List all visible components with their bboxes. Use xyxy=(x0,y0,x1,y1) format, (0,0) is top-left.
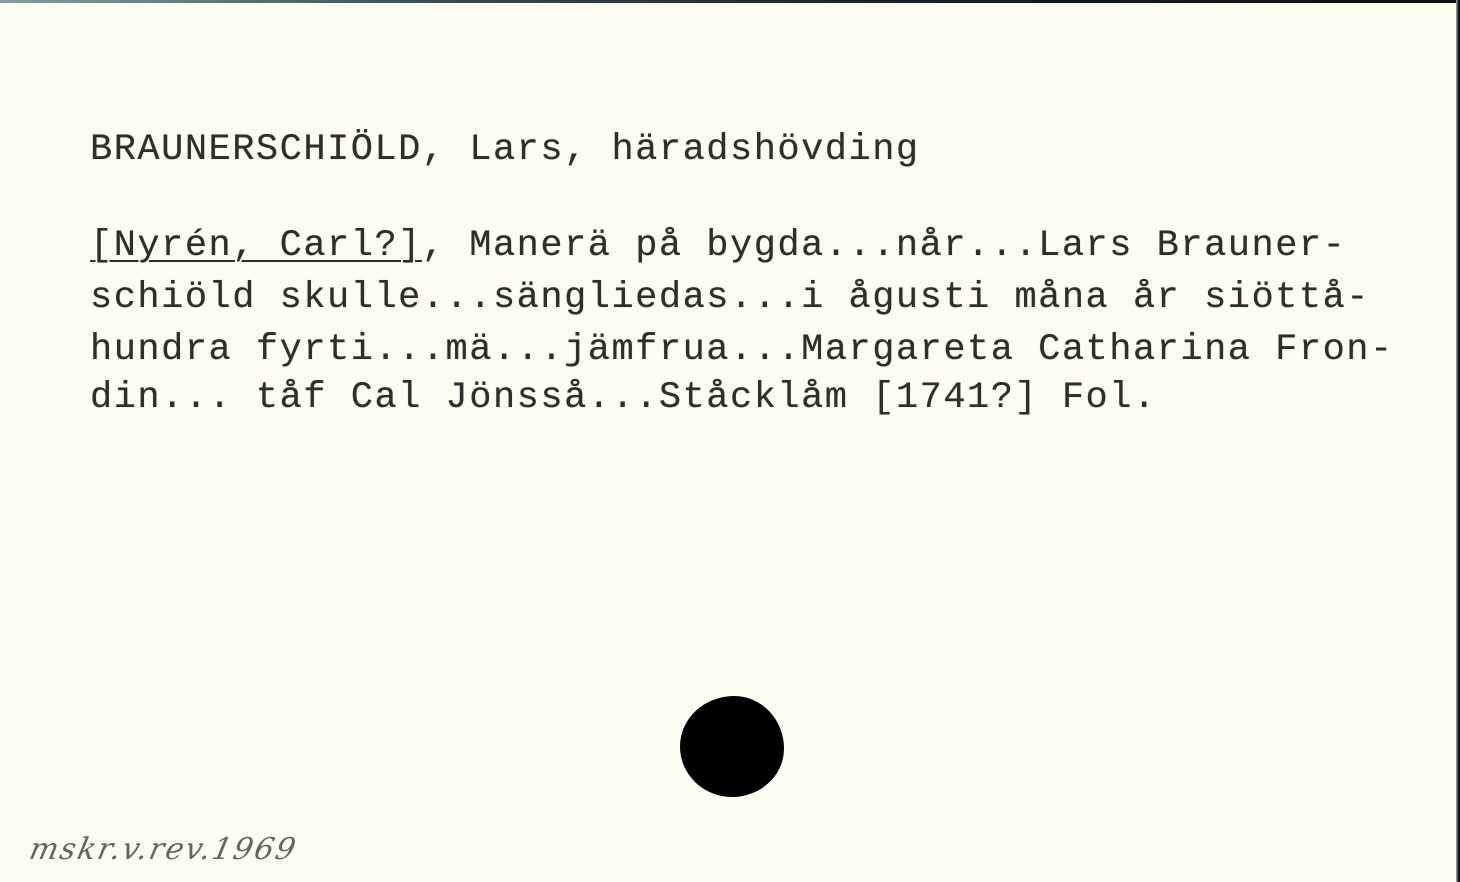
card-top-edge xyxy=(0,0,1460,3)
body-line-2: schiöld skulle...sängliedas...i ågusti m… xyxy=(90,274,1370,322)
body-line-3: hundra fyrti...mä...jämfrua...Margareta … xyxy=(90,326,1394,374)
body-line-1-text: , Manerä på bygda...når...Lars Brauner- xyxy=(422,225,1346,267)
handwritten-revision-note: mskr.v.rev.1969 xyxy=(26,832,300,867)
card-heading: BRAUNERSCHIÖLD, Lars, häradshövding xyxy=(90,126,920,174)
catalogue-card: BRAUNERSCHIÖLD, Lars, häradshövding [Nyr… xyxy=(0,0,1460,882)
body-line-4: din... tåf Cal Jönsså...Ståcklåm [1741?]… xyxy=(90,374,1157,422)
punch-hole xyxy=(680,696,784,797)
body-line-1: [Nyrén, Carl?], Manerä på bygda...når...… xyxy=(90,222,1346,270)
card-right-edge xyxy=(1456,0,1460,882)
attributed-author: [Nyrén, Carl?] xyxy=(90,225,422,267)
